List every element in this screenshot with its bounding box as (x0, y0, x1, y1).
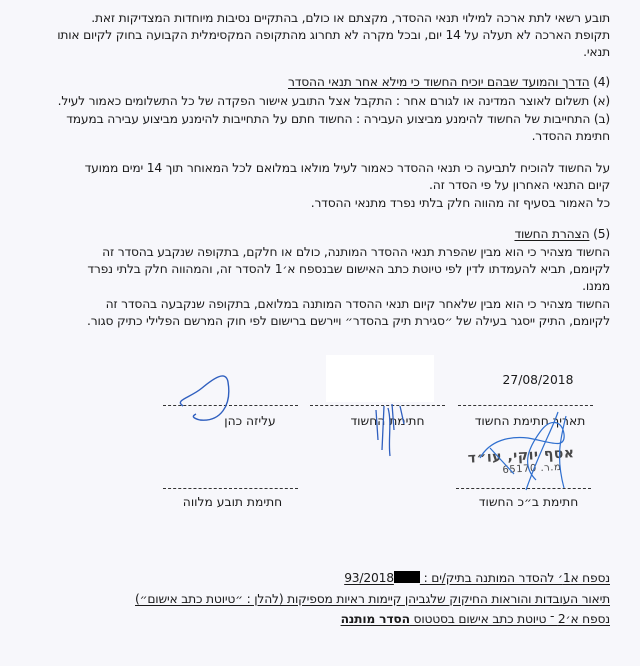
date-signature-line (458, 405, 593, 406)
intro-line-3: תנאי. (583, 44, 610, 61)
integral-note: כל האמור בסעיף זה מהווה חלק בלתי נפרד מת… (311, 195, 610, 212)
section5-number: (5) (593, 227, 610, 241)
section4-number: (4) (593, 75, 610, 89)
appendix-a1-description: תיאור העובדות והוראות החיקוק שלגביהן קיי… (135, 591, 610, 608)
declaration-1-line-1: החשוד מצהיר כי הוא מבין שהפרת תנאי ההסדר… (102, 244, 610, 261)
redacted-signature-area (326, 355, 434, 402)
appendix-a2-status: הסדר מותנה (341, 612, 410, 626)
appendix-a1-heading: נספח א1׳ להסדר המותנה בתיק/ים : 93/2018 (344, 570, 610, 587)
appendix-a1-case-suffix: 93/2018 (344, 571, 394, 585)
counsel-signature-label: חתימת ב״כ החשוד (466, 495, 591, 509)
section5-title: הצהרת החשוד (514, 227, 589, 241)
section5-heading: (5) הצהרת החשוד (514, 226, 610, 243)
signature-date: 27/08/2018 (478, 373, 598, 387)
appendix-a2-prefix: נספח א׳2 ־ טיוטת כתב אישום בסטטוס (410, 612, 610, 626)
suspect-handwritten-signature (370, 400, 410, 460)
appendix-a2-heading: נספח א׳2 ־ טיוטת כתב אישום בסטטוס הסדר מ… (341, 611, 610, 628)
intro-line-1: תובע רשאי לתת ארכה למילוי תנאי ההסדר, מק… (91, 10, 610, 27)
section4-heading: (4) הדרך והמועד שבהם יוכיח החשוד כי מילא… (288, 74, 610, 91)
section4-item-b-line-2: חתימת ההסדר. (532, 128, 610, 145)
appendix-a1-prefix: נספח א1׳ להסדר המותנה בתיק/ים : (420, 571, 610, 585)
intro-line-2: תקופת הארכה לא תעלה על 14 יום, ובכל מקרה… (57, 27, 610, 44)
accompanying-prosecutor-signature-line (163, 488, 298, 489)
section4-item-b-line-1: (ב) התחייבות של החשוד להימנע מביצוע העבי… (66, 111, 610, 128)
declaration-2-line-1: החשוד מצהיר כי הוא מבין שלאחר קיום תנאי … (106, 296, 610, 313)
section4-title: הדרך והמועד שבהם יוכיח החשוד כי מילא אחר… (288, 75, 589, 89)
counsel-handwritten-signature (470, 410, 580, 495)
declaration-1-line-3: ממנו. (582, 278, 610, 295)
document-page: תובע רשאי לתת ארכה למילוי תנאי ההסדר, מק… (0, 0, 640, 666)
accompanying-prosecutor-label: חתימת תובע מלווה (170, 495, 295, 509)
proof-line-1: על החשוד להוכיח לתביעה כי תנאי ההסדר כאמ… (85, 160, 610, 177)
declaration-2-line-2: לקיומם, התיק ייסגר בעילה של ״סגירת תיק ב… (87, 313, 610, 330)
redacted-case-number (394, 571, 420, 583)
prosecutor-handwritten-signature (140, 370, 240, 430)
section4-item-a: (א) תשלום לאוצר המדינה או לגורם אחר : הת… (58, 93, 610, 110)
declaration-1-line-2: לקיומם, תביא להעמדתו לדין לפי טיוטת כתב … (87, 261, 610, 278)
proof-line-2: קיום התנאי האחרון על פי הסדר זה. (429, 177, 610, 194)
